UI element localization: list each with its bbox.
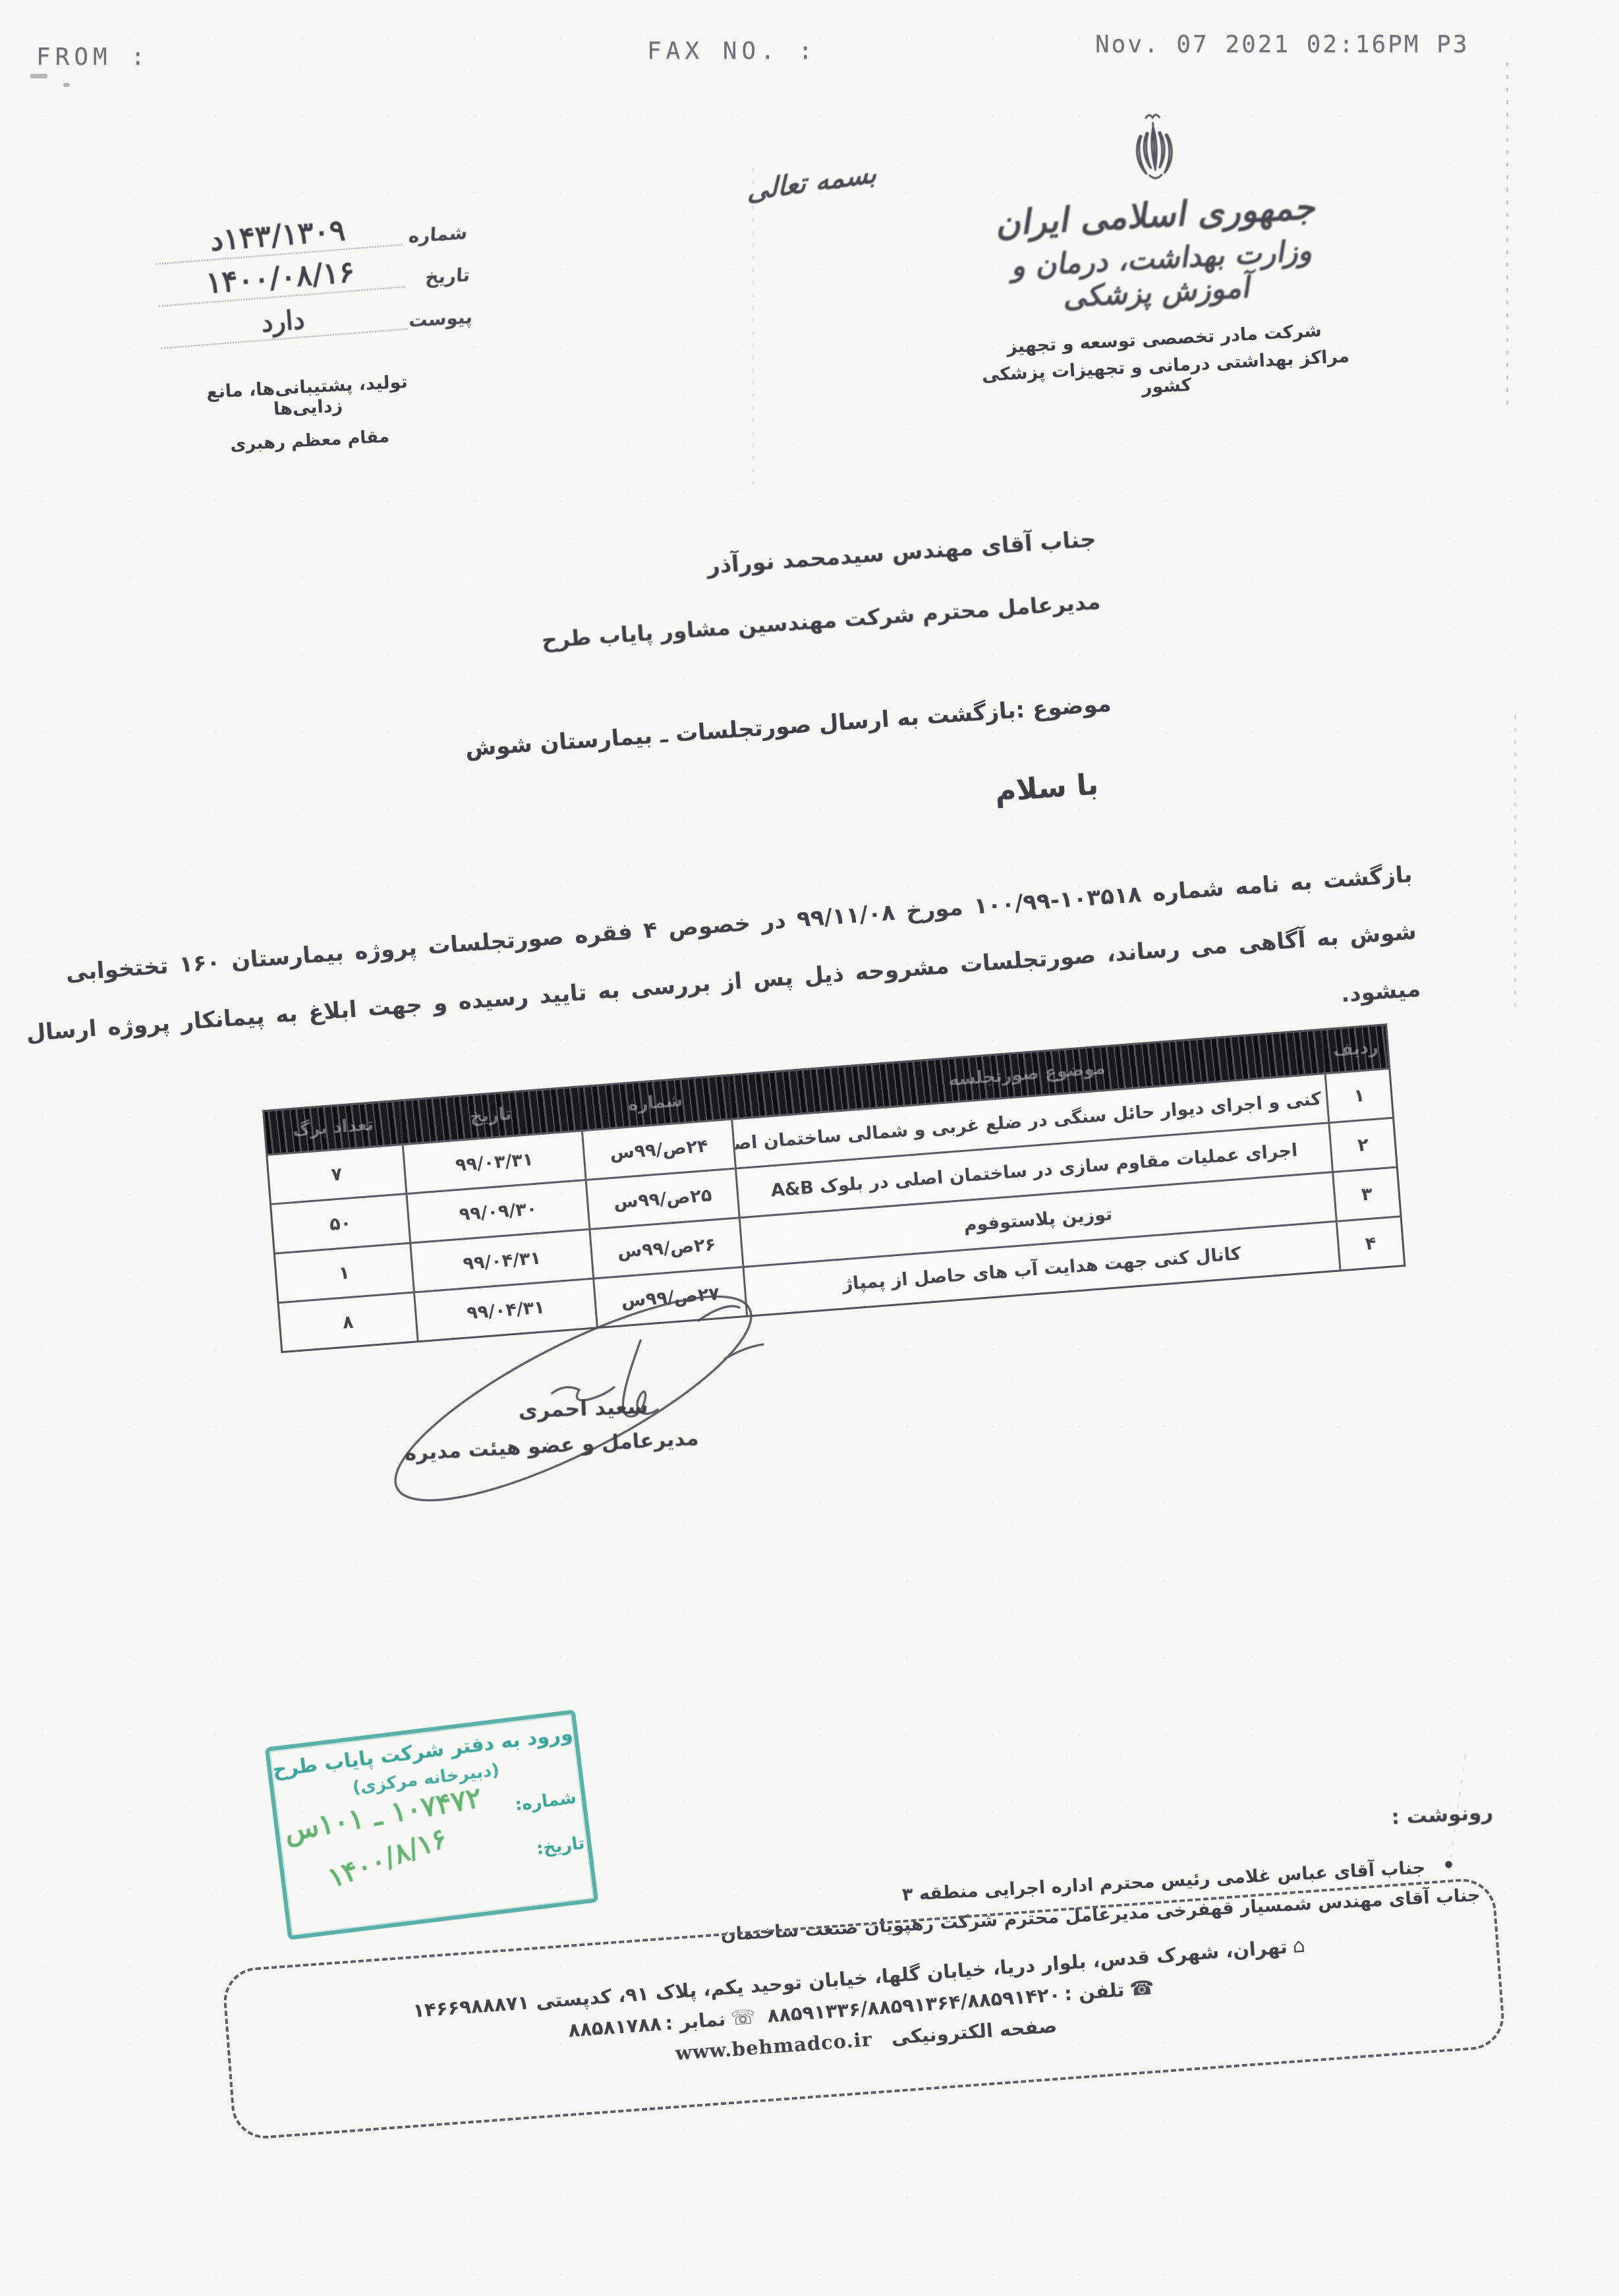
recipient-block: جناب آقای مهندس سیدمحمد نورآذر مدیرعامل … [594,526,1101,649]
fax-document-page: FROM : FAX NO. : Nov. 07 2021 02:16PM P3… [0,0,1619,2296]
fax-datetime: Nov. 07 2021 02:16PM P3 [1095,31,1469,58]
reference-block: شماره ۱۴۳/۱۳۰۹د تاریخ ۱۴۰۰/۰۸/۱۶ پیوست د… [154,206,474,351]
letterhead-calligraphy-ministry: وزارت بهداشت، درمان و آموزش پزشکی [968,232,1354,320]
reference-number-label: شماره [401,222,468,248]
home-icon: ⌂ [1292,1934,1306,1958]
cell-row-no: ۲ [1328,1119,1396,1171]
footer-phone-label: تلفن : [1064,1978,1125,2005]
footer-website: www.behmadco.ir [675,2028,873,2065]
fax-number-label: FAX NO. : [647,38,817,65]
salutation: با سلام [943,768,1100,812]
fax-from-label: FROM : [36,43,150,71]
slogan-line2: مقام معظم رهبری [178,424,442,457]
scan-noise [753,168,754,484]
scan-noise [1506,63,1508,412]
recipient-title: مدیرعامل محترم شرکت مهندسین مشاور پایاب … [598,588,1101,649]
stamp-date-label: تاریخ: [535,1833,586,1859]
fax-icon: ☏ [730,2005,756,2030]
reference-attachment-label: پیوست [407,306,473,331]
cell-row-no: ۱ [1324,1070,1392,1122]
slogan-line1: تولید، پشتیبانی‌ها، مانع زدایی‌ها [175,370,440,425]
footer-web-label: صفحه الکترونیکی [890,2015,1058,2049]
entry-stamp: ورود به دفتر شرکت پایاب طرح (دبیرخانه مر… [265,1709,598,1940]
phone-icon: ☎ [1129,1976,1155,2001]
stamp-number-label: شماره: [514,1788,577,1815]
cell-row-no: ۳ [1332,1168,1400,1220]
header-row-no: ردیف [1321,1025,1389,1072]
cc-label: رونوشت : [670,1800,1494,1867]
recipient-name: جناب آقای مهندس سیدمحمد نورآذر [594,526,1097,587]
year-slogan-block: تولید، پشتیبانی‌ها، مانع زدایی‌ها مقام م… [175,370,441,458]
cell-row-no: ۴ [1336,1217,1404,1269]
reference-attachment-value: دارد [159,296,408,349]
besmellah-text: بسمه تعالی [720,153,903,210]
scan-noise [30,74,47,78]
scan-noise [1514,715,1516,1012]
letterhead: جمهوری اسلامی ایران وزارت بهداشت، درمان … [965,101,1355,406]
footer-fax-number: ۸۸۵۸۱۷۸۸ [567,2013,662,2042]
reference-date-label: تاریخ [404,264,470,289]
scan-noise [63,83,70,87]
iran-emblem-icon [1127,109,1181,192]
footer-fax-label: نمابر : [664,2007,726,2034]
subject-line: موضوع :بازگشت به ارسال صورتجلسات ـ بیمار… [591,691,1112,753]
